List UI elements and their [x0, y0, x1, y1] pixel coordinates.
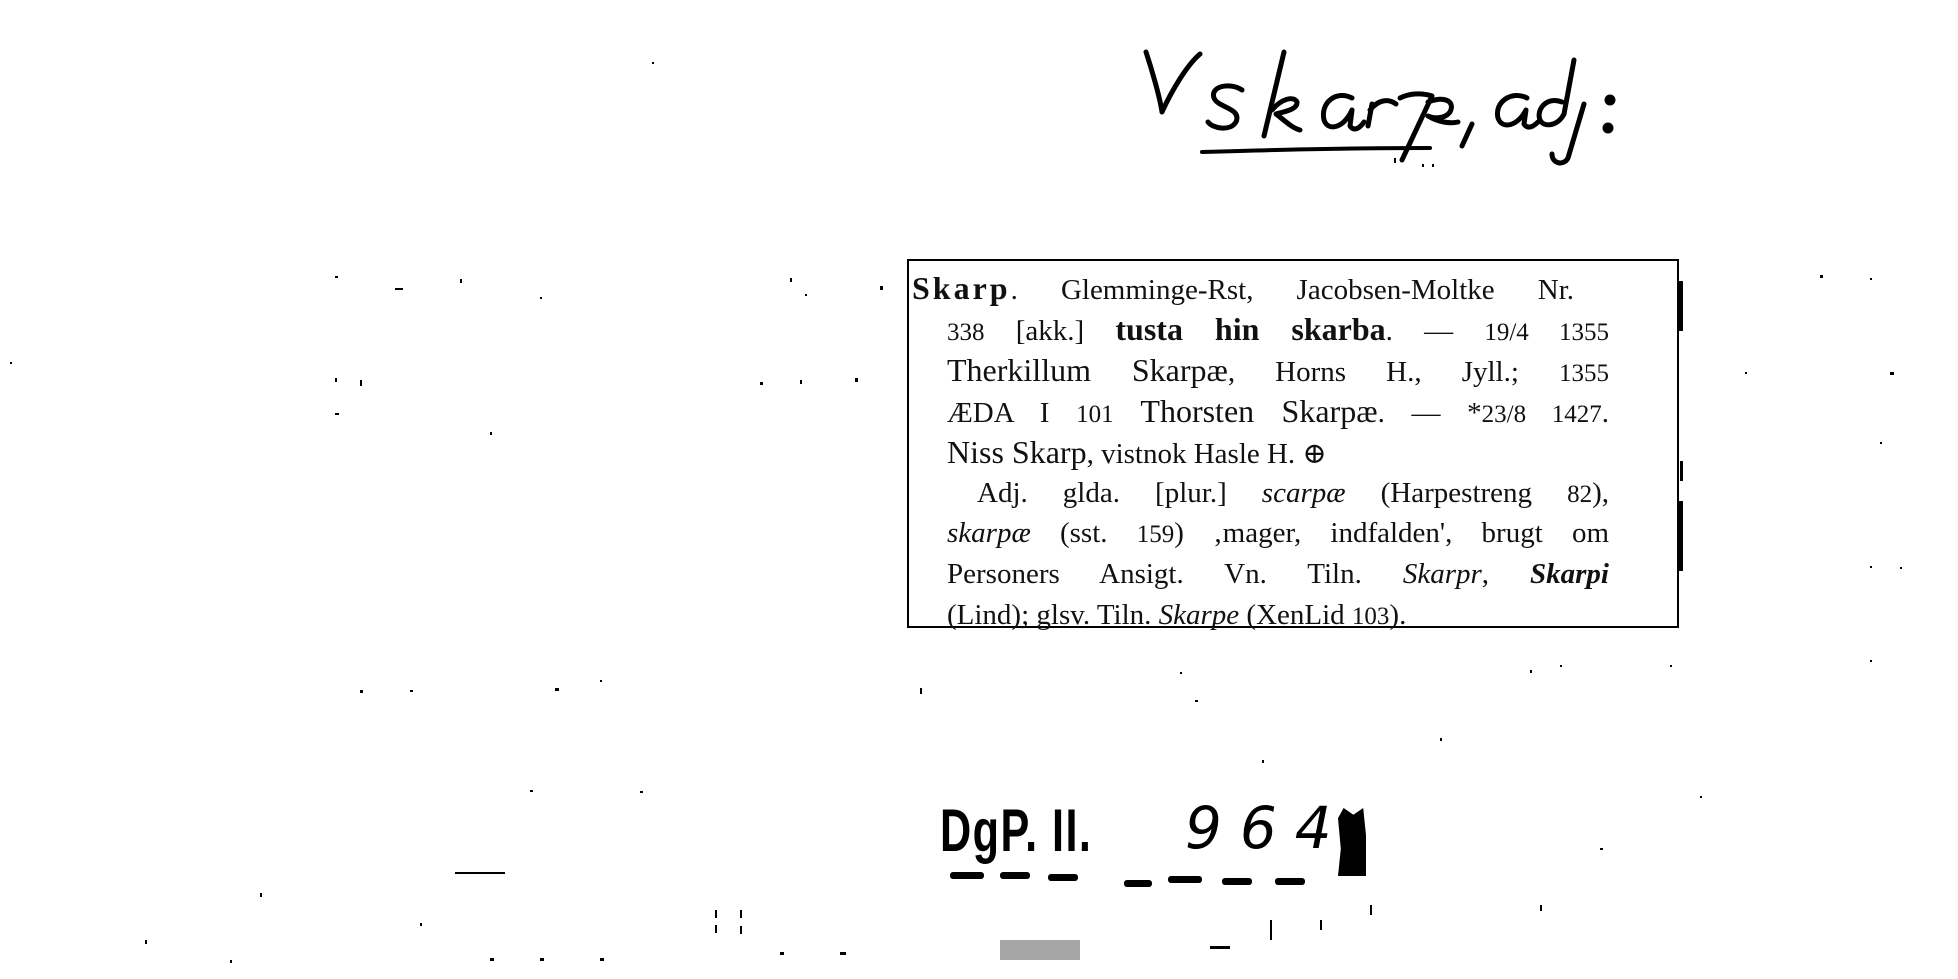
scan-speck — [1745, 372, 1747, 374]
scan-speck — [335, 276, 338, 278]
scan-speck — [1440, 738, 1442, 741]
scan-speck — [1670, 665, 1672, 667]
stamp-separator — [1124, 880, 1152, 887]
entry-line-2: 338 [akk.] tusta hin skarba. — 19/4 1355 — [947, 312, 1609, 350]
scan-speck — [1870, 566, 1872, 568]
entry-line-7: skarpæ (sst. 159) ‚mager, indfalden', br… — [947, 516, 1609, 552]
scan-speck — [840, 952, 846, 955]
scan-speck — [230, 960, 232, 963]
scratch-mark — [1680, 461, 1683, 481]
stamp-underline — [1275, 878, 1305, 885]
scan-speck — [740, 910, 742, 918]
runic-quote: tusta hin skarba — [1115, 311, 1385, 347]
printed-entry-clipping: Skarp. Glemminge-Rst, Jacobsen-Moltke Nr… — [907, 259, 1679, 628]
scan-speck — [1560, 665, 1562, 667]
scan-speck — [652, 62, 654, 64]
attested-name: Thorsten Skarpæ — [1114, 393, 1378, 429]
scan-speck — [1540, 905, 1542, 911]
entry-line-5: Niss Skarp, vistnok Hasle H. ⊕ — [947, 435, 1327, 471]
scan-speck — [1270, 920, 1272, 940]
scan-speck — [335, 378, 337, 382]
attested-name: Niss Skarp — [947, 434, 1087, 470]
scan-speck — [1870, 660, 1872, 662]
scan-speck — [600, 958, 604, 961]
scan-speck — [260, 893, 262, 897]
scan-speck — [1880, 442, 1882, 444]
scan-speck — [715, 925, 717, 933]
scan-speck — [490, 958, 494, 961]
scan-speck — [530, 790, 533, 792]
scan-speck — [800, 380, 802, 384]
scan-speck — [360, 380, 362, 386]
scan-speck — [1210, 946, 1230, 949]
entry-headword: Skarp — [912, 270, 1011, 306]
scan-speck — [790, 278, 792, 282]
scan-speck — [1600, 848, 1603, 850]
scan-speck — [1320, 920, 1322, 930]
scratch-mark — [1678, 501, 1683, 571]
date: 19/4 1355 — [1484, 319, 1609, 346]
scan-speck — [920, 688, 922, 694]
scan-speck — [1820, 275, 1823, 278]
scan-speck — [1900, 567, 1902, 569]
stamp-number: 964 — [1185, 794, 1350, 862]
stamp-underline — [950, 872, 984, 879]
entry-line-4: ÆDA I 101 Thorsten Skarpæ. — *23/8 1427. — [947, 394, 1609, 432]
scan-speck — [1870, 278, 1872, 280]
entry-line-6: Adj. glda. [plur.] scarpæ (Harpestreng 8… — [977, 476, 1609, 512]
scan-speck — [805, 294, 807, 296]
scan-speck — [145, 940, 147, 944]
scan-speck — [855, 378, 858, 382]
scan-speck — [1700, 796, 1702, 798]
scan-speck — [540, 297, 542, 299]
scan-speck — [455, 872, 505, 874]
stamp-series: DgP. II. — [940, 798, 1092, 864]
scan-speck — [1195, 700, 1198, 702]
scan-speck — [410, 690, 413, 692]
scan-speck — [715, 910, 717, 918]
scan-speck — [1890, 372, 1894, 375]
scan-speck — [1370, 905, 1372, 915]
ink-blot — [1338, 808, 1366, 876]
stamp-underline — [1222, 878, 1252, 885]
scan-speck — [1262, 760, 1264, 763]
scan-speck — [420, 923, 422, 926]
attested-name: Therkillum Skarpæ — [947, 352, 1228, 388]
scan-speck — [740, 926, 742, 934]
scan-speck — [540, 958, 544, 961]
headword-text: √skarp, adj: — [1132, 40, 1784, 150]
scan-speck — [640, 791, 643, 793]
entry-line-8: Personers Ansigt. Vn. Tiln. Skarpr, Skar… — [947, 557, 1609, 591]
stamp-underline — [1000, 872, 1030, 879]
entry-line-3: Therkillum Skarpæ, Horns H., Jyll.; 1355 — [947, 353, 1609, 391]
entry-line-1: Skarp. Glemminge-Rst, Jacobsen-Moltke Nr… — [912, 271, 1574, 307]
scan-speck — [1530, 670, 1532, 673]
scan-speck — [335, 413, 339, 415]
scan-speck — [760, 382, 763, 385]
stamp-underline — [1048, 874, 1078, 881]
scan-speck — [490, 432, 492, 435]
scan-speck — [460, 279, 462, 283]
scan-speck — [780, 952, 784, 955]
scan-speck — [360, 690, 363, 693]
scan-speck — [880, 286, 883, 290]
stamp-underline — [1168, 876, 1202, 883]
scratch-mark — [1679, 281, 1683, 331]
scan-speck — [10, 362, 12, 364]
scan-speck — [555, 688, 559, 691]
archive-slip: √skarp, adj: — [0, 0, 1958, 979]
entry-line-9: (Lind); glsv. Tiln. Skarpe (XenLid 103). — [947, 598, 1406, 634]
scan-smudge — [1000, 940, 1080, 960]
scan-speck — [600, 680, 602, 682]
scan-speck — [1180, 672, 1182, 674]
handwritten-headword: √skarp, adj: — [1132, 40, 1732, 170]
scan-speck — [395, 288, 403, 290]
